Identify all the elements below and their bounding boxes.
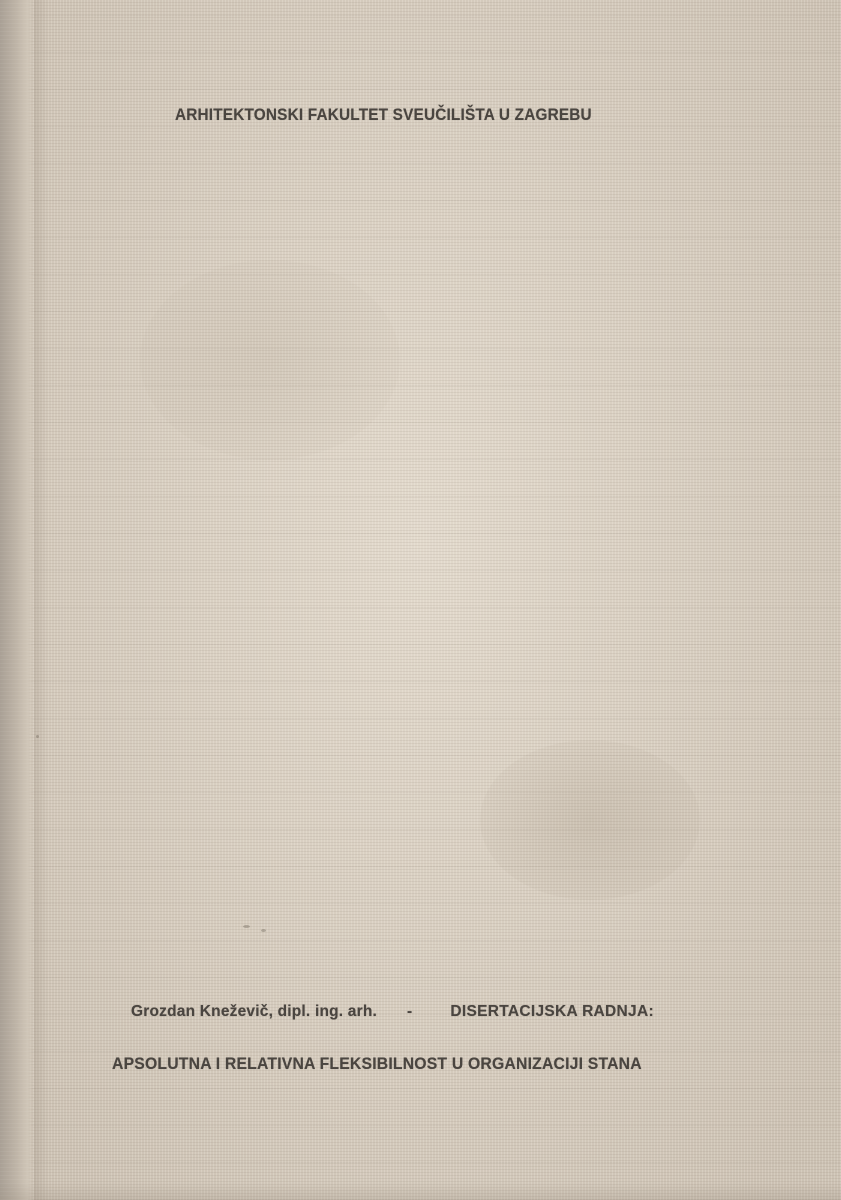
cloth-stain bbox=[140, 260, 400, 460]
byline: Grozdan Kneževič, dipl. ing. arh.-DISERT… bbox=[131, 1003, 654, 1021]
cloth-blemish bbox=[261, 929, 266, 932]
work-type-label: DISERTACIJSKA RADNJA: bbox=[450, 1003, 654, 1020]
book-cover: ARHITEKTONSKI FAKULTET SVEUČILIŠTA U ZAG… bbox=[0, 0, 841, 1200]
author-name: Grozdan Kneževič, dipl. ing. arh. bbox=[131, 1003, 377, 1020]
thesis-title: APSOLUTNA I RELATIVNA FLEKSIBILNOST U OR… bbox=[112, 1055, 642, 1074]
institution-name: ARHITEKTONSKI FAKULTET SVEUČILIŠTA U ZAG… bbox=[175, 106, 592, 125]
cover-bottom-edge bbox=[0, 1182, 841, 1200]
book-spine bbox=[0, 0, 34, 1200]
cloth-blemish bbox=[36, 735, 39, 738]
cloth-stain bbox=[480, 740, 700, 900]
separator-dash: - bbox=[407, 1003, 412, 1021]
cloth-blemish bbox=[243, 925, 250, 928]
cover-hinge-shadow bbox=[34, 0, 48, 1200]
